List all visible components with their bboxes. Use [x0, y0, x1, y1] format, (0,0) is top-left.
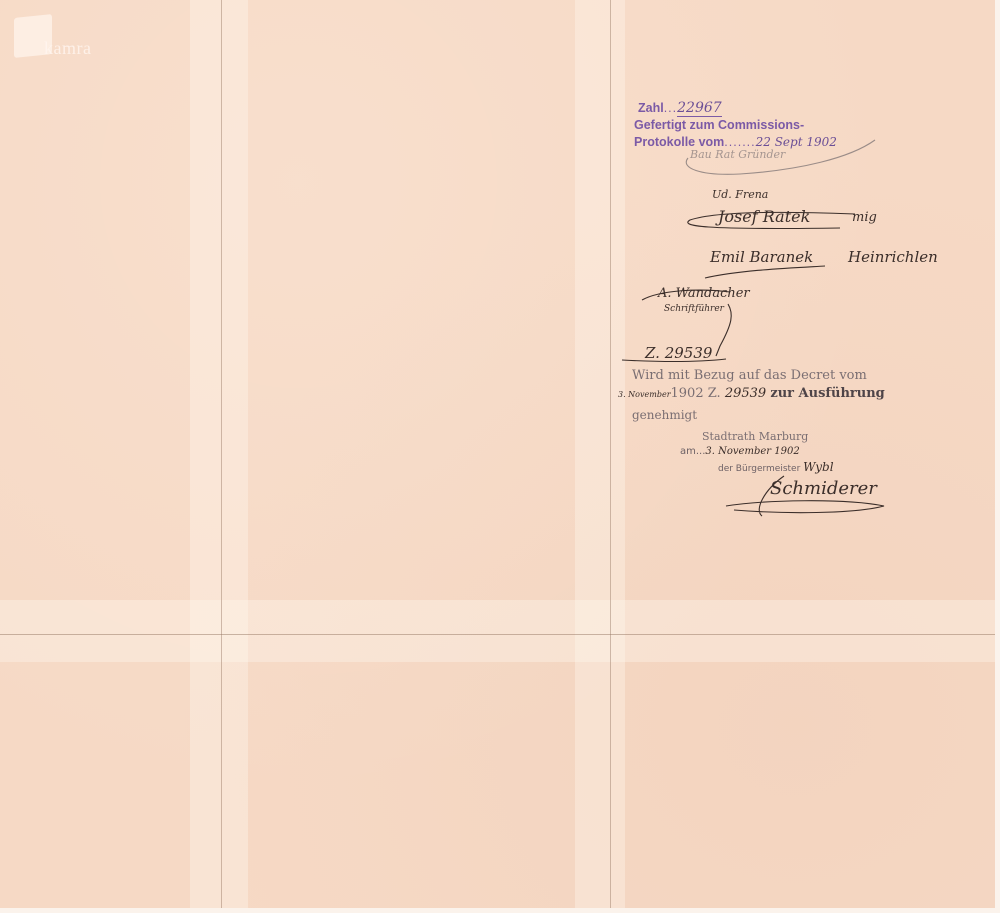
document-page: kamra Zahl...22967 Gefertigt zum Commiss… [0, 0, 995, 908]
am-date-hw: 3. November 1902 [705, 446, 799, 457]
decree-ref-hw: 29539 [725, 386, 766, 401]
decree-line-2: 3. November1902 Z. 29539 zur Ausführung [618, 386, 885, 401]
faint-underline-flourish [680, 138, 880, 183]
fold-line-left [221, 0, 222, 908]
signature-ratek-note: mig [852, 210, 877, 225]
fold-band-left [190, 0, 248, 908]
decree-z: Z. [708, 386, 721, 401]
fold-line-horizontal [0, 634, 995, 635]
signature-baranek-flourish [700, 262, 830, 282]
kamra-watermark: kamra [12, 12, 112, 60]
decree-line-3: genehmigt [632, 408, 697, 422]
decree-text-1: Wird mit Bezug auf das Decret vom [632, 368, 867, 383]
watermark-text: kamra [44, 38, 91, 59]
decree-ref-underline [620, 356, 730, 366]
decree-date-hw: 3. November [618, 390, 671, 399]
fold-line-right [610, 0, 611, 908]
signature-frena: Ud. Frena [712, 188, 768, 201]
signature-wandacher-title: Schriftführer [664, 304, 724, 314]
signature-ratek-flourish [680, 210, 860, 235]
am-date-row: am...3. November 1902 [680, 446, 800, 457]
fold-band-horizontal [0, 600, 995, 662]
am-label: am [680, 446, 696, 457]
mayor-signature-flourish [724, 470, 889, 520]
signature-heinrichlen: Heinrichlen [848, 248, 938, 266]
decree-ausfuehrung: zur Ausführung [770, 386, 884, 401]
decree-line-1: Wird mit Bezug auf das Decret vom [632, 368, 867, 383]
stadtrath-title: Stadtrath Marburg [702, 430, 808, 443]
zahl-value: 22967 [677, 100, 722, 117]
fold-band-center [575, 0, 625, 908]
stamp-line-commissions: Gefertigt zum Commissions- [634, 117, 837, 134]
zahl-label: Zahl [638, 101, 664, 115]
decree-year: 1902 [671, 386, 704, 401]
